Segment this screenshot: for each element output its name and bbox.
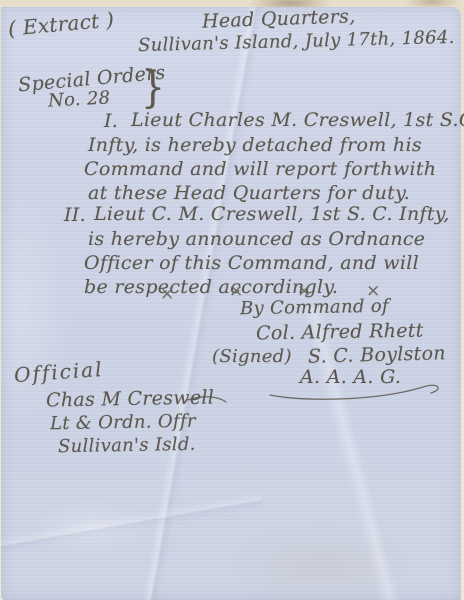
order-number: No. 28 [47,87,110,111]
separator-x-mark: × [160,284,175,304]
attestation-rank: Lt & Ordn. Offr [50,411,196,435]
commander-name: Col. Alfred Rhett [256,320,424,345]
order-brace: } [141,62,165,113]
attestation-signature-flourish [188,394,228,406]
paragraph-1-line-4: at these Head Quarters for duty. [88,182,410,204]
signature-flourish-underline [268,382,448,402]
attestation-place: Sullivan's Isld. [58,434,196,457]
signed-label: (Signed) [212,346,292,367]
signer-name: S. C. Boylston [308,342,446,368]
paragraph-1-line-3: Command and will report forthwith [84,158,436,180]
paragraph-1-line-2: Infty, is hereby detached from his [88,134,422,156]
paragraph-1-numeral: I. [104,110,118,132]
paragraph-2-line-2: is hereby announced as Ordnance [88,228,425,250]
paragraph-2-numeral: II. [64,204,86,226]
paper-crease [1,437,261,600]
scanned-document: ( Extract ) Head Quarters, Sullivan's Is… [0,0,464,600]
paragraph-1-line-1: Lieut Charles M. Creswell, 1st S.C. [131,109,464,131]
by-command-line: By Command of [240,296,389,320]
paragraph-2-line-3: Officer of this Command, and will [84,252,419,274]
paragraph-2-line-1: Lieut C. M. Creswell, 1st S. C. Infty, [94,203,450,225]
